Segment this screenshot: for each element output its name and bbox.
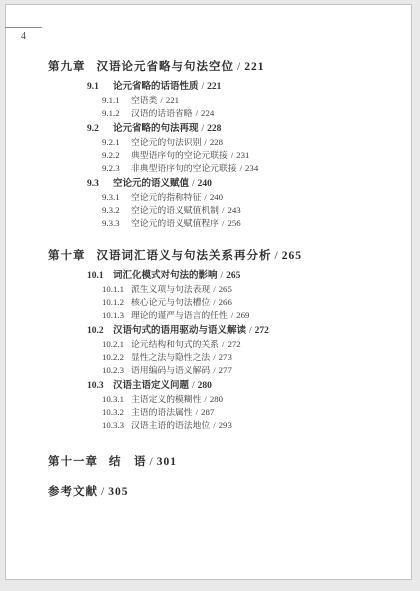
chapter-title: 结 语 (109, 456, 147, 468)
entry-separator: / (196, 407, 198, 417)
entry-page: 265 (282, 250, 302, 262)
entry-title: 空论元的语义赋值 (113, 179, 189, 189)
subsection-row: 9.2.1空论元的句法识别/228 (6, 136, 411, 149)
entry-number: 10.2 (87, 325, 113, 338)
entry-separator: / (222, 205, 224, 215)
entry-separator: / (213, 352, 215, 362)
chapter-row: 第十一章结 语/301 (6, 454, 411, 470)
entry-separator: / (222, 339, 224, 349)
entry-separator: / (196, 108, 198, 118)
entry-page: 265 (226, 271, 240, 281)
entry-page: 273 (219, 352, 232, 362)
entry-number: 10.1.2 (102, 296, 131, 309)
subsection-row: 10.3.1主语定义的模糊性/280 (6, 393, 411, 406)
entry-number: 9.3 (87, 178, 113, 191)
chapter-label: 第十章 (48, 250, 86, 262)
entry-title: 主语定义的模糊性 (131, 394, 201, 404)
entry-title: 主语的语法属性 (131, 407, 193, 417)
entry-separator: / (204, 137, 206, 147)
chapter-title: 汉语论元省略与句法空位 (97, 61, 235, 73)
entry-number: 9.1 (87, 81, 113, 94)
subsection-row: 10.1.3理论的谨严与语言的任性/269 (6, 309, 411, 322)
toc-page: 4 第九章汉语论元省略与句法空位/221 9.1论元省略的话语性质/221 9.… (5, 4, 412, 580)
entry-number: 9.1.1 (102, 94, 131, 107)
entry-separator: / (202, 124, 205, 134)
entry-title: 汉语主语定义问题 (113, 381, 189, 391)
entry-title: 论元省略的话语性质 (113, 82, 199, 92)
entry-title: 论元结构和句式的关系 (131, 339, 219, 349)
entry-separator: / (101, 486, 105, 498)
entry-separator: / (213, 420, 215, 430)
entry-page: 221 (244, 61, 264, 73)
entry-page: 224 (201, 108, 214, 118)
entry-title: 参考文献 (48, 486, 98, 498)
entry-number: 10.2.2 (102, 351, 131, 364)
section-row: 10.2汉语句式的语用驱动与语义解读/272 (6, 325, 411, 338)
entry-page: 272 (227, 339, 240, 349)
entry-title: 空论元的指称特征 (131, 192, 201, 202)
entry-title: 显性之法与隐性之法 (131, 352, 210, 362)
entry-page: 287 (201, 407, 214, 417)
entry-page: 266 (219, 297, 232, 307)
subsection-row: 10.2.3语用编码与语义解码/277 (6, 364, 411, 377)
entry-number: 9.1.2 (102, 107, 131, 120)
subsection-row: 9.3.1空论元的指称特征/240 (6, 191, 411, 204)
subsection-row: 10.3.3汉语主语的语法地位/293 (6, 419, 411, 432)
entry-separator: / (213, 365, 215, 375)
subsection-row: 9.3.2空论元的语义赋值机制/243 (6, 204, 411, 217)
references-row: 参考文献/305 (6, 484, 411, 500)
chapter-row: 第九章汉语论元省略与句法空位/221 (6, 59, 411, 75)
entry-separator: / (150, 456, 154, 468)
entry-number: 9.2.3 (102, 162, 131, 175)
entry-page: 277 (219, 365, 232, 375)
entry-number: 10.2.3 (102, 364, 131, 377)
entry-page: 269 (236, 310, 249, 320)
subsection-row: 9.1.1空语类/221 (6, 94, 411, 107)
entry-title: 空语类 (131, 95, 157, 105)
entry-separator: / (249, 326, 252, 336)
entry-number: 10.3 (87, 380, 113, 393)
entry-page: 228 (207, 124, 221, 134)
entry-separator: / (204, 394, 206, 404)
chapter-label: 第十一章 (48, 456, 98, 468)
entry-page: 301 (157, 456, 177, 468)
subsection-row: 10.2.2显性之法与隐性之法/273 (6, 351, 411, 364)
entry-page: 272 (255, 326, 269, 336)
entry-title: 汉语句式的语用驱动与语义解读 (113, 326, 246, 336)
entry-title: 派生义项与句法表现 (131, 284, 210, 294)
entry-number: 10.3.2 (102, 406, 131, 419)
entry-separator: / (213, 297, 215, 307)
entry-page: 256 (227, 218, 240, 228)
entry-number: 9.3.2 (102, 204, 131, 217)
entry-separator: / (237, 61, 241, 73)
subsection-row: 10.1.1派生义项与句法表现/265 (6, 283, 411, 296)
entry-number: 10.2.1 (102, 338, 131, 351)
entry-separator: / (231, 310, 233, 320)
entry-page: 228 (210, 137, 223, 147)
entry-page: 293 (219, 420, 232, 430)
chapter-row: 第十章汉语词汇语义与句法关系再分析/265 (6, 248, 411, 264)
section-row: 9.1论元省略的话语性质/221 (6, 81, 411, 94)
entry-separator: / (213, 284, 215, 294)
entry-page: 240 (198, 179, 212, 189)
entry-number: 9.2.2 (102, 149, 131, 162)
section-row: 9.3空论元的语义赋值/240 (6, 178, 411, 191)
entry-title: 核心论元与句法槽位 (131, 297, 210, 307)
entry-title: 空论元的语义赋值程序 (131, 218, 219, 228)
section-row: 9.2论元省略的句法再现/228 (6, 123, 411, 136)
entry-title: 理论的谨严与语言的任性 (131, 310, 228, 320)
entry-title: 语用编码与语义解码 (131, 365, 210, 375)
section-row: 10.3汉语主语定义问题/280 (6, 380, 411, 393)
entry-page: 265 (219, 284, 232, 294)
entry-separator: / (192, 381, 195, 391)
page-number: 4 (21, 31, 26, 42)
entry-title: 非典型语序句的空论元联接 (131, 163, 237, 173)
entry-separator: / (222, 218, 224, 228)
entry-title: 汉语的话语省略 (131, 108, 193, 118)
entry-page: 280 (210, 394, 223, 404)
entry-page: 234 (245, 163, 258, 173)
entry-number: 10.3.3 (102, 419, 131, 432)
entry-title: 词汇化模式对句法的影响 (113, 271, 218, 281)
entry-number: 10.1.3 (102, 309, 131, 322)
entry-page: 221 (207, 82, 221, 92)
subsection-row: 9.2.2典型语序句的空论元联接/231 (6, 149, 411, 162)
entry-number: 10.3.1 (102, 393, 131, 406)
subsection-row: 10.3.2主语的语法属性/287 (6, 406, 411, 419)
chapter-label: 第九章 (48, 61, 86, 73)
entry-page: 305 (108, 486, 128, 498)
entry-title: 典型语序句的空论元联接 (131, 150, 228, 160)
entry-separator: / (221, 271, 224, 281)
entry-separator: / (204, 192, 206, 202)
table-of-contents: 第九章汉语论元省略与句法空位/221 9.1论元省略的话语性质/221 9.1.… (6, 59, 411, 500)
entry-title: 空论元的句法识别 (131, 137, 201, 147)
entry-page: 240 (210, 192, 223, 202)
entry-separator: / (202, 82, 205, 92)
section-row: 10.1词汇化模式对句法的影响/265 (6, 270, 411, 283)
entry-number: 9.3.3 (102, 217, 131, 230)
entry-page: 221 (166, 95, 179, 105)
header-rule (5, 27, 42, 28)
entry-page: 243 (227, 205, 240, 215)
subsection-row: 9.1.2汉语的话语省略/224 (6, 107, 411, 120)
entry-separator: / (240, 163, 242, 173)
subsection-row: 9.3.3空论元的语义赋值程序/256 (6, 217, 411, 230)
entry-number: 10.1.1 (102, 283, 131, 296)
subsection-row: 10.1.2核心论元与句法槽位/266 (6, 296, 411, 309)
entry-page: 231 (236, 150, 249, 160)
subsection-row: 10.2.1论元结构和句式的关系/272 (6, 338, 411, 351)
subsection-row: 9.2.3非典型语序句的空论元联接/234 (6, 162, 411, 175)
entry-number: 10.1 (87, 270, 113, 283)
chapter-title: 汉语词汇语义与句法关系再分析 (97, 250, 272, 262)
entry-separator: / (275, 250, 279, 262)
entry-title: 论元省略的句法再现 (113, 124, 199, 134)
entry-page: 280 (198, 381, 212, 391)
entry-number: 9.3.1 (102, 191, 131, 204)
entry-separator: / (231, 150, 233, 160)
entry-title: 汉语主语的语法地位 (131, 420, 210, 430)
entry-number: 9.2.1 (102, 136, 131, 149)
entry-title: 空论元的语义赋值机制 (131, 205, 219, 215)
entry-number: 9.2 (87, 123, 113, 136)
entry-separator: / (160, 95, 162, 105)
entry-separator: / (192, 179, 195, 189)
